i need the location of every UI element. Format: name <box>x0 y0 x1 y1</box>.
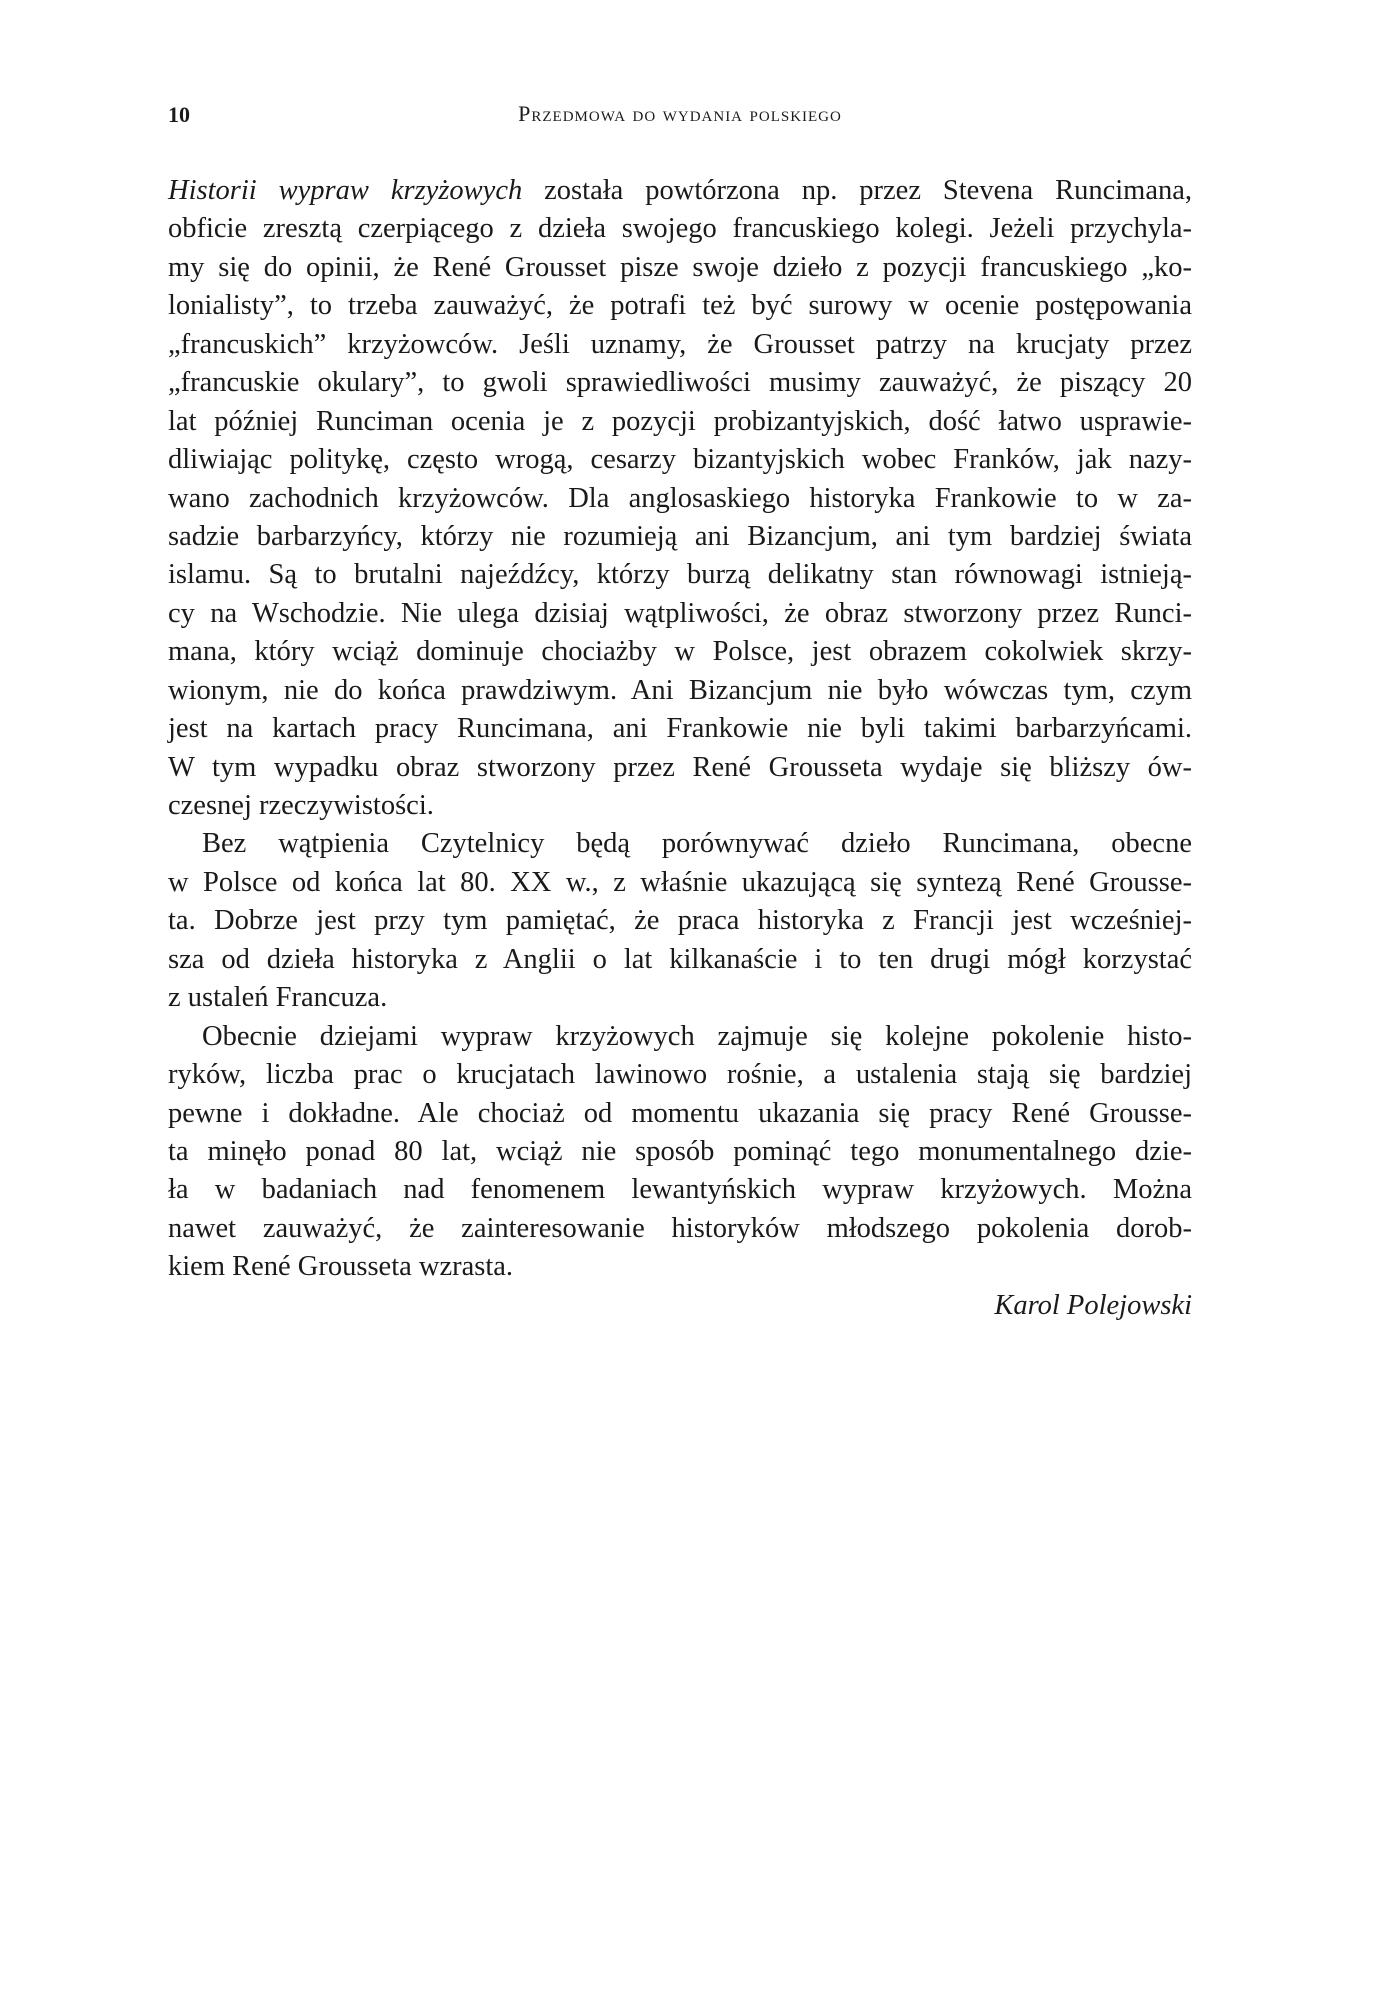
text-line: sza od dzieła historyka z Anglii o lat k… <box>168 941 1192 979</box>
running-head-title: Przedmowa do wydania polskiego <box>168 101 1192 127</box>
text-line: dliwiając politykę, często wrogą, cesarz… <box>168 441 1192 479</box>
text-line: lat później Runciman ocenia je z pozycji… <box>168 403 1192 441</box>
author-signature: Karol Polejowski <box>168 1287 1192 1325</box>
text-line: czesnej rzeczywistości. <box>168 787 1192 825</box>
text-line: z ustaleń Francuza. <box>168 979 1192 1017</box>
text-line: ryków, liczba prac o krucjatach lawinowo… <box>168 1056 1192 1094</box>
text-line: wionym, nie do końca prawdziwym. Ani Biz… <box>168 672 1192 710</box>
text-line: ła w badaniach nad fenomenem lewantyński… <box>168 1171 1192 1209</box>
paragraph-first-line: Obecnie dziejami wypraw krzyżowych zajmu… <box>168 1018 1192 1056</box>
text-line: sadzie barbarzyńcy, którzy nie rozumieją… <box>168 518 1192 556</box>
text-line: cy na Wschodzie. Nie ulega dzisiaj wątpl… <box>168 595 1192 633</box>
text-line: W tym wypadku obraz stworzony przez René… <box>168 749 1192 787</box>
text-line: obficie zresztą czerpiącego z dzieła swo… <box>168 210 1192 248</box>
text-line: ta minęło ponad 80 lat, wciąż nie sposób… <box>168 1133 1192 1171</box>
text-line: „francuskie okulary”, to gwoli sprawiedl… <box>168 364 1192 402</box>
paragraph-first-line: Bez wątpienia Czytelnicy będą porównywać… <box>168 825 1192 863</box>
text-line: Historii wypraw krzyżowych została powtó… <box>168 172 1192 210</box>
text-line: pewne i dokładne. Ale chociaż od momentu… <box>168 1095 1192 1133</box>
text-line: jest na kartach pracy Runcimana, ani Fra… <box>168 710 1192 748</box>
text-line: kiem René Grousseta wzrasta. <box>168 1248 1192 1286</box>
text-line: islamu. Są to brutalni najeźdźcy, którzy… <box>168 556 1192 594</box>
body-text: Historii wypraw krzyżowych została powtó… <box>168 172 1192 1325</box>
book-title-italic: Historii wypraw krzyżowych <box>168 175 522 206</box>
text-line: „francuskich” krzyżowców. Jeśli uznamy, … <box>168 326 1192 364</box>
text-line: lonialisty”, to trzeba zauważyć, że potr… <box>168 287 1192 325</box>
text-line: wano zachodnich krzyżowców. Dla anglosas… <box>168 480 1192 518</box>
text-line: mana, który wciąż dominuje chociażby w P… <box>168 633 1192 671</box>
text-line: ta. Dobrze jest przy tym pamiętać, że pr… <box>168 902 1192 940</box>
text-line: nawet zauważyć, że zainteresowanie histo… <box>168 1210 1192 1248</box>
text-line: w Polsce od końca lat 80. XX w., z właśn… <box>168 864 1192 902</box>
text-line: my się do opinii, że René Grousset pisze… <box>168 249 1192 287</box>
